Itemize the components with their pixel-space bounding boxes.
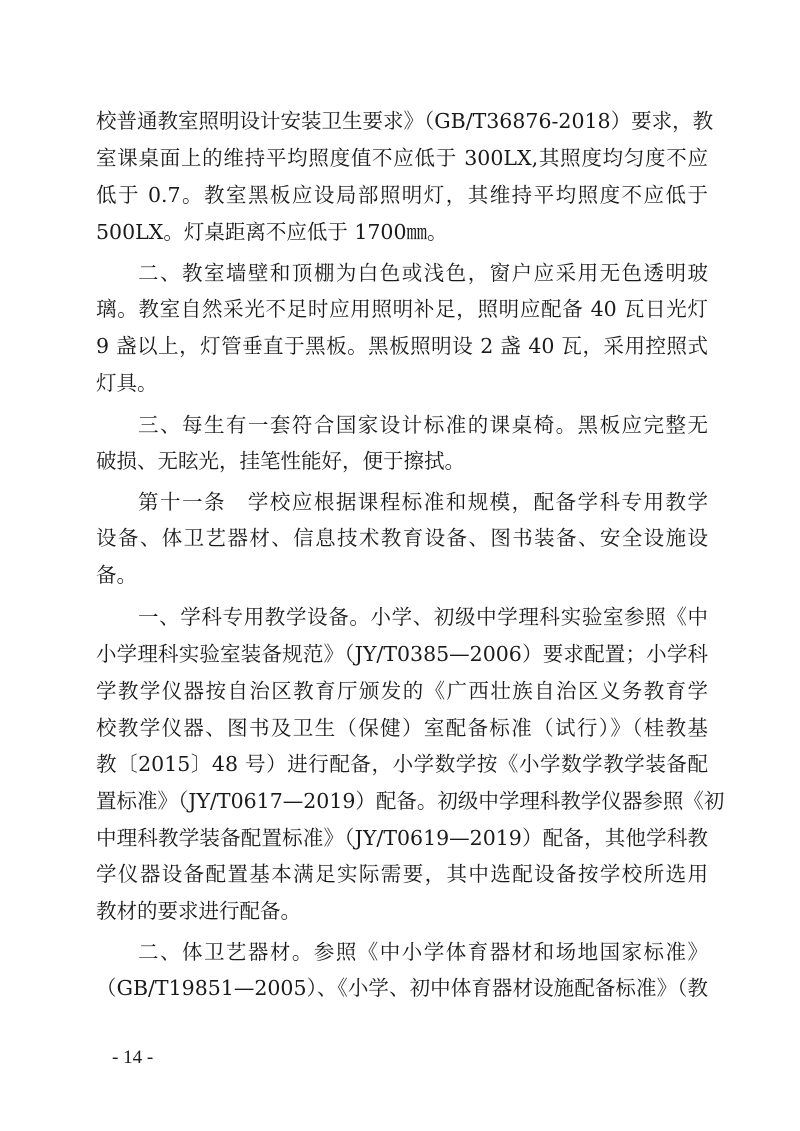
text-line: 一、学科专用教学设备。小学、初级中学理科实验室参照《中 bbox=[138, 602, 708, 632]
page-number: - 14 - bbox=[112, 1044, 153, 1072]
text-line: 校普通教室照明设计安装卫生要求》（GB/T36876-2018）要求，教 bbox=[96, 106, 708, 136]
text-line: 校教学仪器、图书及卫生（保健）室配备标准（试行）》（桂教基 bbox=[96, 713, 708, 743]
text-line: 备。 bbox=[96, 560, 708, 590]
article-heading-line: 第十一条 学校应根据课程标准和规模，配备学科专用教学 bbox=[138, 487, 708, 517]
text-line: 教材的要求进行配备。 bbox=[96, 896, 708, 926]
text-line: 学教学仪器按自治区教育厅颁发的《广西壮族自治区义务教育学 bbox=[96, 676, 708, 706]
text-line: 低于 0.7。教室黑板应设局部照明灯，其维持平均照度不应低于 bbox=[96, 180, 708, 210]
text-line: 二、教室墙壁和顶棚为白色或浅色，窗户应采用无色透明玻 bbox=[138, 258, 708, 288]
text-line: 9 盏以上，灯管垂直于黑板。黑板照明设 2 盏 40 瓦，采用控照式 bbox=[96, 331, 708, 361]
document-page: 校普通教室照明设计安装卫生要求》（GB/T36876-2018）要求，教 室课桌… bbox=[0, 0, 800, 1131]
text-line: 璃。教室自然采光不足时应用照明补足，照明应配备 40 瓦日光灯 bbox=[96, 294, 708, 324]
text-line: 破损、无眩光，挂笔性能好，便于擦拭。 bbox=[96, 446, 708, 476]
text-line: 室课桌面上的维持平均照度值不应低于 300LX,其照度均匀度不应 bbox=[96, 143, 708, 173]
text-line: 置标准》（JY/T0617—2019）配备。初级中学理科教学仪器参照《初 bbox=[96, 786, 708, 816]
text-line: 教〔2015〕48 号）进行配备，小学数学按《小学数学教学装备配 bbox=[96, 749, 708, 779]
text-line: 灯具。 bbox=[96, 368, 708, 398]
text-line: 设备、体卫艺器材、信息技术教育设备、图书装备、安全设施设 bbox=[96, 523, 708, 553]
text-line: 中理科教学装备配置标准》（JY/T0619—2019）配备，其他学科教 bbox=[96, 823, 708, 853]
text-line: 学仪器设备配置基本满足实际需要，其中选配设备按学校所选用 bbox=[96, 859, 708, 889]
text-line: 二、体卫艺器材。参照《中小学体育器材和场地国家标准》 bbox=[138, 937, 708, 967]
text-line: 三、每生有一套符合国家设计标准的课桌椅。黑板应完整无 bbox=[138, 410, 708, 440]
text-line: 500LX。灯桌距离不应低于 1700㎜。 bbox=[96, 217, 708, 247]
text-line: （GB/T19851—2005）、《小学、初中体育器材设施配备标准》（教 bbox=[96, 973, 708, 1003]
text-line: 小学理科实验室装备规范》（JY/T0385—2006）要求配置；小学科 bbox=[96, 639, 708, 669]
